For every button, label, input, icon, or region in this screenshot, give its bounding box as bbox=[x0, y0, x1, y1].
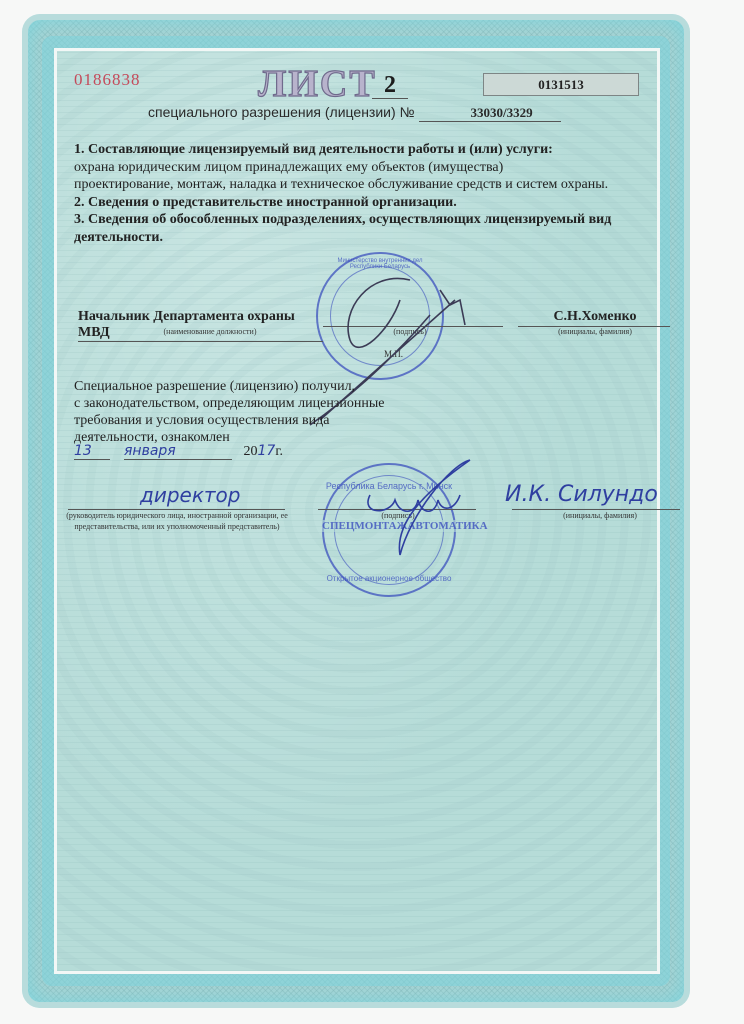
date-g: г. bbox=[275, 444, 283, 459]
recipient-position-line bbox=[68, 509, 285, 510]
section-1-item: охрана юридическим лицом принадлежащих е… bbox=[74, 159, 674, 177]
date-year-prefix: 20 bbox=[244, 444, 258, 459]
license-caption: специального разрешения (лицензии) № bbox=[148, 104, 415, 120]
license-number: 33030/3329 bbox=[419, 105, 561, 122]
form-number-box: 0131513 bbox=[483, 73, 639, 96]
stamp-text: Министерство внутренних дел Республики Б… bbox=[318, 258, 442, 270]
date-year-suffix: 17 bbox=[258, 443, 276, 459]
recipient-name: И.К. Силундо bbox=[505, 482, 658, 507]
date-month: января bbox=[124, 443, 232, 460]
ack-line: требования и условия осуществления вида bbox=[74, 412, 414, 429]
sheet-title: ЛИСТ bbox=[258, 62, 377, 106]
sheet-number: 2 bbox=[372, 72, 408, 99]
date-day: 13 bbox=[74, 443, 110, 460]
recipient-name-caption: (инициалы, фамилия) bbox=[540, 511, 660, 520]
section-1-item: проектирование, монтаж, наладка и технич… bbox=[74, 176, 674, 194]
issuer-name: С.Н.Хоменко bbox=[520, 309, 670, 325]
serial-number: 0186838 bbox=[74, 70, 141, 90]
license-line: специального разрешения (лицензии) №3303… bbox=[148, 104, 561, 122]
issuer-position: Начальник Департамента охраны МВД bbox=[78, 309, 323, 342]
acknowledgement-text: Специальное разрешение (лицензию) получи… bbox=[74, 378, 414, 446]
issuer-name-caption: (инициалы, фамилия) bbox=[520, 327, 670, 336]
ack-line: с законодательством, определяющим лиценз… bbox=[74, 395, 414, 412]
acknowledgement-date: 13января 2017г. bbox=[74, 443, 283, 460]
recipient-position-caption: (руководитель юридического лица, иностра… bbox=[62, 511, 292, 532]
recipient-signature bbox=[330, 455, 490, 565]
section-3-title: 3. Сведения об обособленных подразделени… bbox=[74, 211, 654, 246]
section-2-title: 2. Сведения о представительстве иностран… bbox=[74, 194, 674, 212]
ack-line: Специальное разрешение (лицензию) получи… bbox=[74, 378, 414, 395]
recipient-name-line bbox=[512, 509, 680, 510]
sections-block: 1. Составляющие лицензируемый вид деятел… bbox=[74, 141, 674, 247]
recipient-position: директор bbox=[140, 483, 241, 507]
issuer-position-caption: (наименование должности) bbox=[120, 327, 300, 336]
stamp-bottom-text: Открытое акционерное общество bbox=[324, 574, 454, 583]
section-1-title: 1. Составляющие лицензируемый вид деятел… bbox=[74, 141, 674, 159]
